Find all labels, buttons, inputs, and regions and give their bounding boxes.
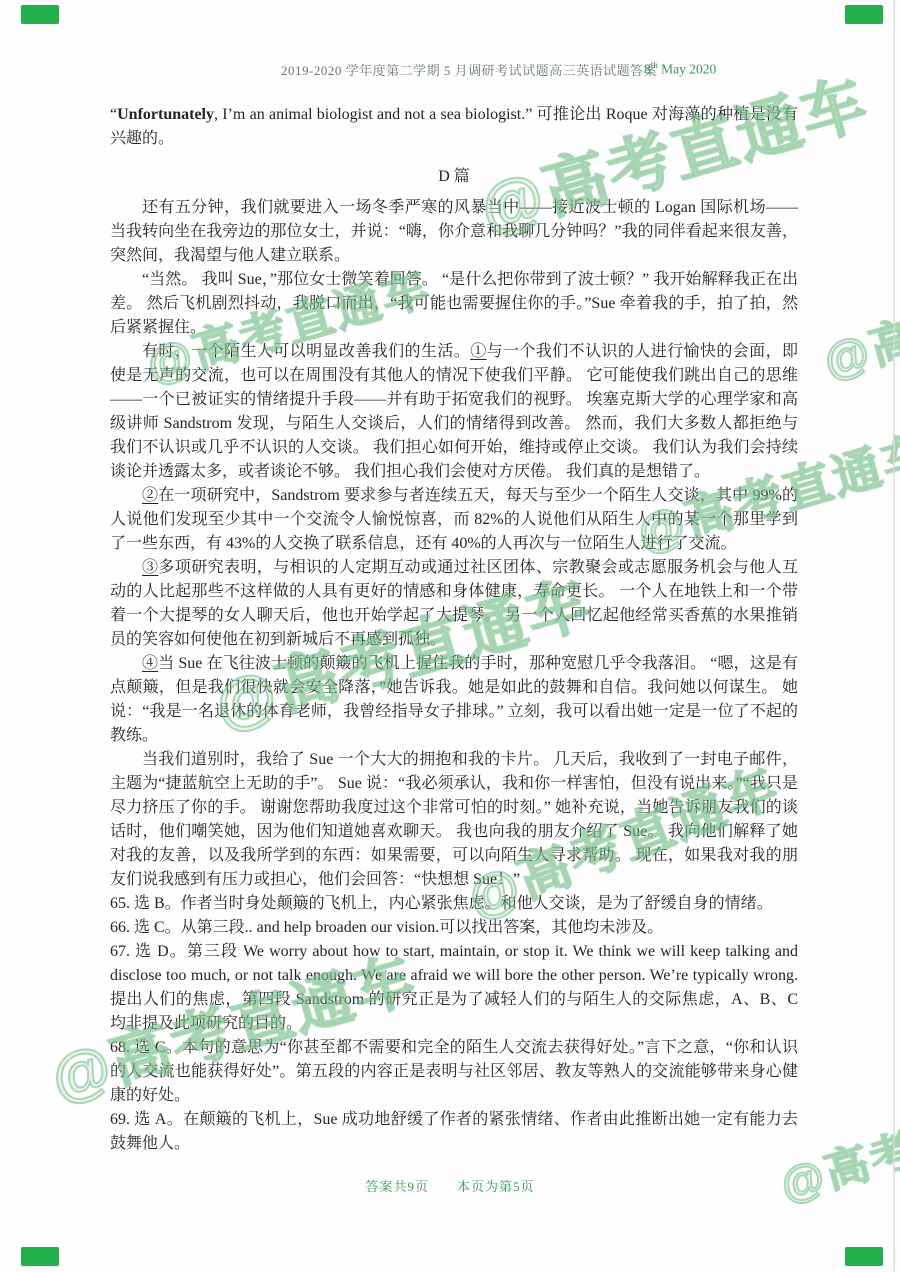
paragraph: ②在一项研究中，Sandstrom 要求参与者连续五天，每天与至少一个陌生人交谈…	[110, 484, 798, 556]
paragraph: 还有五分钟，我们就要进入一场冬季严寒的风暴当中——接近波士顿的 Logan 国际…	[110, 196, 798, 268]
text-run: 还有五分钟，我们就要进入一场冬季严寒的风暴当中——接近波士顿的 Logan 国际…	[110, 199, 798, 264]
text-run: 69. 选 A。在颠簸的飞机上，Sue 成功地舒缓了作者的紧张情绪、作者由此推断…	[110, 1111, 798, 1152]
text-run: D 篇	[438, 168, 470, 185]
answer-item: 67. 选 D。第三段 We worry about how to start,…	[110, 940, 798, 1036]
answer-item: 69. 选 A。在颠簸的飞机上，Sue 成功地舒缓了作者的紧张情绪、作者由此推断…	[110, 1108, 798, 1156]
paragraph: “当然。 我叫 Sue，”那位女士微笑着回答。 “是什么把你带到了波士顿？” 我…	[110, 268, 798, 340]
paragraph: ④当 Sue 在飞往波士顿的颠簸的飞机上握住我的手时，那种宽慰几乎令我落泪。 “…	[110, 652, 798, 748]
registration-mark	[845, 1247, 883, 1266]
registration-mark	[21, 5, 59, 24]
registration-mark	[21, 1247, 59, 1266]
exam-date: 8th May 2020	[644, 60, 716, 78]
registration-mark	[845, 5, 883, 24]
paragraph: “Unfortunately, I’m an animal biologist …	[110, 103, 798, 151]
paragraph: 当我们道别时，我给了 Sue 一个大大的拥抱和我的卡片。 几天后，我收到了一封电…	[110, 748, 798, 892]
text-run: 多项研究表明，与相识的人定期互动或通过社区团体、宗教聚会或志愿服务机会与他人互动…	[110, 559, 798, 648]
section-heading: D 篇	[110, 165, 798, 189]
text-run: 68. 选 C。本句的意思为“你甚至都不需要和完全的陌生人交流去获得好处。”言下…	[110, 1039, 798, 1104]
text-run: 有时，一个陌生人可以明显改善我们的生活。	[142, 343, 470, 360]
page-number-text: 答案共9页 本页为第5页	[365, 1179, 534, 1194]
page-header: 2019-2020 学年度第二学期 5 月调研考试试题高三英语试题答案 8th …	[0, 60, 900, 82]
text-run: 66. 选 C。从第三段.. and help broaden our visi…	[110, 919, 663, 936]
text-run: 65. 选 B。作者当时身处颠簸的飞机上，内心紧张焦虑。和他人交谈，是为了舒缓自…	[110, 895, 773, 912]
text-run: ②	[142, 487, 158, 504]
text-run: “当然。 我叫 Sue，”那位女士微笑着回答。 “是什么把你带到了波士顿？” 我…	[110, 271, 798, 336]
answer-item: 68. 选 C。本句的意思为“你甚至都不需要和完全的陌生人交流去获得好处。”言下…	[110, 1036, 798, 1108]
text-run: ①	[470, 343, 486, 360]
answer-item: 66. 选 C。从第三段.. and help broaden our visi…	[110, 916, 798, 940]
text-run: 在一项研究中，Sandstrom 要求参与者连续五天，每天与至少一个陌生人交谈，…	[110, 487, 798, 552]
text-run: 与一个我们不认识的人进行愉快的会面，即使是无声的交流，也可以在周围没有其他人的情…	[110, 343, 798, 480]
scanned-answer-sheet-page: 2019-2020 学年度第二学期 5 月调研考试试题高三英语试题答案 8th …	[0, 0, 900, 1272]
text-run: , I’m an animal biologist and not a sea …	[110, 106, 798, 147]
exam-date-rest: May 2020	[658, 62, 717, 77]
answer-item: 65. 选 B。作者当时身处颠簸的飞机上，内心紧张焦虑。和他人交谈，是为了舒缓自…	[110, 892, 798, 916]
text-run: 67. 选 D。第三段 We worry about how to start,…	[110, 943, 798, 1032]
text-run: ③	[142, 559, 158, 576]
exam-date-day: 8	[644, 62, 651, 77]
text-run: ④	[142, 655, 158, 672]
gaokao-zhitongche-watermark: @高考直通车	[815, 247, 900, 391]
exam-date-ordinal: th	[651, 60, 658, 70]
text-run: 当我们道别时，我给了 Sue 一个大大的拥抱和我的卡片。 几天后，我收到了一封电…	[110, 751, 798, 888]
scan-edge-shadow	[893, 0, 895, 1272]
text-run: Unfortunately	[117, 106, 214, 123]
page-footer: 答案共9页 本页为第5页	[0, 1176, 900, 1195]
paragraph: 有时，一个陌生人可以明显改善我们的生活。①与一个我们不认识的人进行愉快的会面，即…	[110, 340, 798, 484]
text-run: 当 Sue 在飞往波士顿的颠簸的飞机上握住我的手时，那种宽慰几乎令我落泪。 “嗯…	[110, 655, 798, 744]
exam-title: 2019-2020 学年度第二学期 5 月调研考试试题高三英语试题答案	[281, 60, 657, 79]
document-body: “Unfortunately, I’m an animal biologist …	[110, 103, 798, 1156]
paragraph: ③多项研究表明，与相识的人定期互动或通过社区团体、宗教聚会或志愿服务机会与他人互…	[110, 556, 798, 652]
